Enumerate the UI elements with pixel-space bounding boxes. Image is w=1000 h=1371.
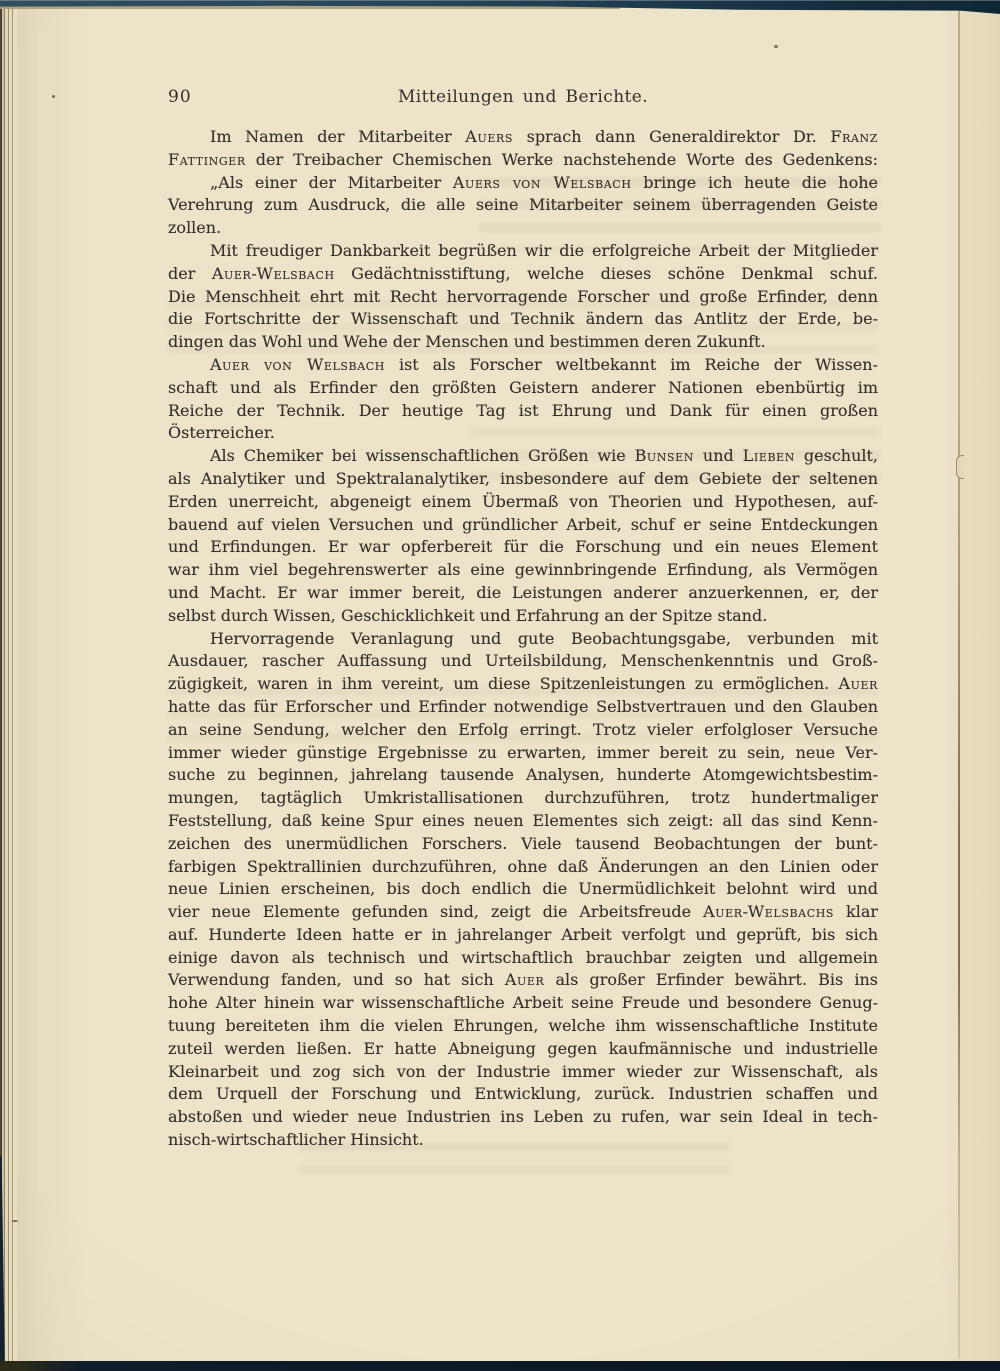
text-line: zollen.	[168, 217, 878, 240]
text-line: bauend auf vielen Versuchen und gründlic…	[168, 514, 878, 537]
text-line: Auer von Welsbach ist als Forscher weltb…	[168, 354, 878, 377]
person-name: Auer	[838, 674, 878, 693]
text-line: Im Namen der Mitarbeiter Auers sprach da…	[168, 126, 878, 149]
page-number: 90	[168, 87, 192, 107]
text-line: zügigkeit, waren in ihm vereint, um dies…	[168, 673, 878, 696]
text-line: selbst durch Wissen, Geschicklichkeit un…	[168, 605, 878, 628]
running-title: Mitteilungen und Berichte.	[168, 87, 878, 107]
paragraph: Hervorragende Veranlagung und gute Beoba…	[168, 628, 878, 1152]
text-line: der Auer-Welsbach Gedächtnisstiftung, we…	[168, 263, 878, 286]
paragraph: Mit freudiger Dankbarkeit begrüßen wir d…	[168, 240, 878, 354]
text-line: war ihm viel begehrenswerter als eine ge…	[168, 559, 878, 582]
text-line: Fattinger der Treibacher Chemischen Werk…	[168, 149, 878, 172]
printed-content: 90 Mitteilungen und Berichte. Im Namen d…	[0, 0, 1000, 1371]
book-cover-bottom-edge	[0, 1361, 1000, 1371]
body-text: Im Namen der Mitarbeiter Auers sprach da…	[168, 126, 878, 1152]
person-name: Auer-Welsbachs	[703, 902, 834, 921]
text-line: Reiche der Technik. Der heutige Tag ist …	[168, 400, 878, 423]
paragraph: Als Chemiker bei wissenschaftlichen Größ…	[168, 445, 878, 627]
text-line: mungen, tagtäglich Umkristallisationen d…	[168, 787, 878, 810]
text-line: Feststellung, daß keine Spur eines neuen…	[168, 810, 878, 833]
text-line: schaft und als Erfinder den größten Geis…	[168, 377, 878, 400]
person-name: Auer	[505, 970, 545, 989]
person-name: Lieben	[743, 446, 795, 465]
text-line: und Erfindungen. Er war opferbereit für …	[168, 536, 878, 559]
person-name: Auer-Welsbach	[212, 264, 335, 283]
person-name: Auers von Welsbach	[453, 173, 632, 192]
text-line: die Fortschritte der Wissenschaft und Te…	[168, 308, 878, 331]
person-name: Auer von Welsbach	[210, 355, 385, 374]
paragraph: Im Namen der Mitarbeiter Auers sprach da…	[168, 126, 878, 172]
text-line: Verwendung fanden, und so hat sich Auer …	[168, 969, 878, 992]
text-line: dingen das Wohl und Wehe der Menschen un…	[168, 331, 878, 354]
person-name: Fattinger	[168, 150, 246, 169]
text-line: an seine Sendung, welcher den Erfolg err…	[168, 719, 878, 742]
text-line: Als Chemiker bei wissenschaftlichen Größ…	[168, 445, 878, 468]
text-line: Die Menschheit ehrt mit Recht hervorrage…	[168, 286, 878, 309]
text-line: immer wieder günstige Ergebnisse zu erwa…	[168, 742, 878, 765]
paragraph: Auer von Welsbach ist als Forscher weltb…	[168, 354, 878, 445]
text-line: und Macht. Er war immer bereit, die Leis…	[168, 582, 878, 605]
text-line: zeichen des unermüdlichen Forschers. Vie…	[168, 833, 878, 856]
text-line: als Analytiker und Spektralanalytiker, i…	[168, 468, 878, 491]
text-line: hohe Alter hinein war wissenschaftliche …	[168, 992, 878, 1015]
text-line: Hervorragende Veranlagung und gute Beoba…	[168, 628, 878, 651]
text-line: Erden unerreicht, abgeneigt einem Überma…	[168, 491, 878, 514]
running-header: 90 Mitteilungen und Berichte.	[168, 87, 878, 109]
text-line: Österreicher.	[168, 422, 878, 445]
text-line: Verehrung zum Ausdruck, die alle seine M…	[168, 194, 878, 217]
text-line: farbigen Spektrallinien durchzuführen, o…	[168, 856, 878, 879]
text-line: Kleinarbeit und zog sich von der Industr…	[168, 1061, 878, 1084]
text-line: tuung bereiteten ihm die vielen Ehrungen…	[168, 1015, 878, 1038]
person-name: Bunsen	[635, 446, 694, 465]
text-line: suche zu beginnen, jahrelang tausende An…	[168, 764, 878, 787]
text-line: abstoßen und wieder neue Industrien ins …	[168, 1106, 878, 1129]
text-line: auf. Hunderte Ideen hatte er in jahrelan…	[168, 924, 878, 947]
text-line: neue Linien erscheinen, bis doch endlich…	[168, 878, 878, 901]
person-name: Franz	[830, 127, 878, 146]
text-line: einige davon als technisch und wirtschaf…	[168, 947, 878, 970]
text-line: hatte das für Erforscher und Erfinder no…	[168, 696, 878, 719]
text-line: Mit freudiger Dankbarkeit begrüßen wir d…	[168, 240, 878, 263]
paragraph: „Als einer der Mitarbeiter Auers von Wel…	[168, 172, 878, 240]
text-line: dem Urquell der Forschung und Entwicklun…	[168, 1083, 878, 1106]
text-line: nisch-wirtschaftlicher Hinsicht.	[168, 1129, 878, 1152]
person-name: Auers	[465, 127, 513, 146]
book-scan: 90 Mitteilungen und Berichte. Im Namen d…	[0, 0, 1000, 1371]
text-line: Ausdauer, rascher Auffassung und Urteils…	[168, 650, 878, 673]
text-line: zuteil werden ließen. Er hatte Abneigung…	[168, 1038, 878, 1061]
text-line: vier neue Elemente gefunden sind, zeigt …	[168, 901, 878, 924]
text-line: „Als einer der Mitarbeiter Auers von Wel…	[168, 172, 878, 195]
